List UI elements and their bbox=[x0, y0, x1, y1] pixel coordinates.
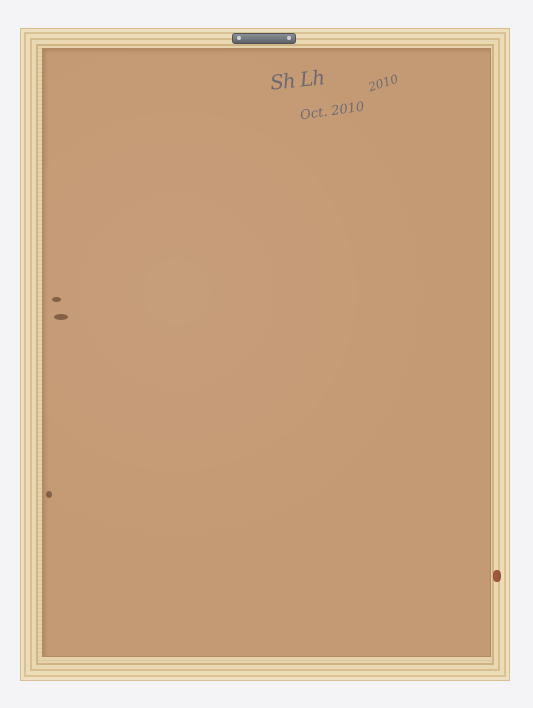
hanging-bracket bbox=[232, 33, 296, 44]
wood-knot bbox=[54, 314, 68, 320]
wood-knot bbox=[46, 491, 52, 498]
hardboard-backing bbox=[42, 48, 491, 657]
wood-knot bbox=[52, 297, 61, 302]
wood-stain bbox=[493, 570, 501, 582]
